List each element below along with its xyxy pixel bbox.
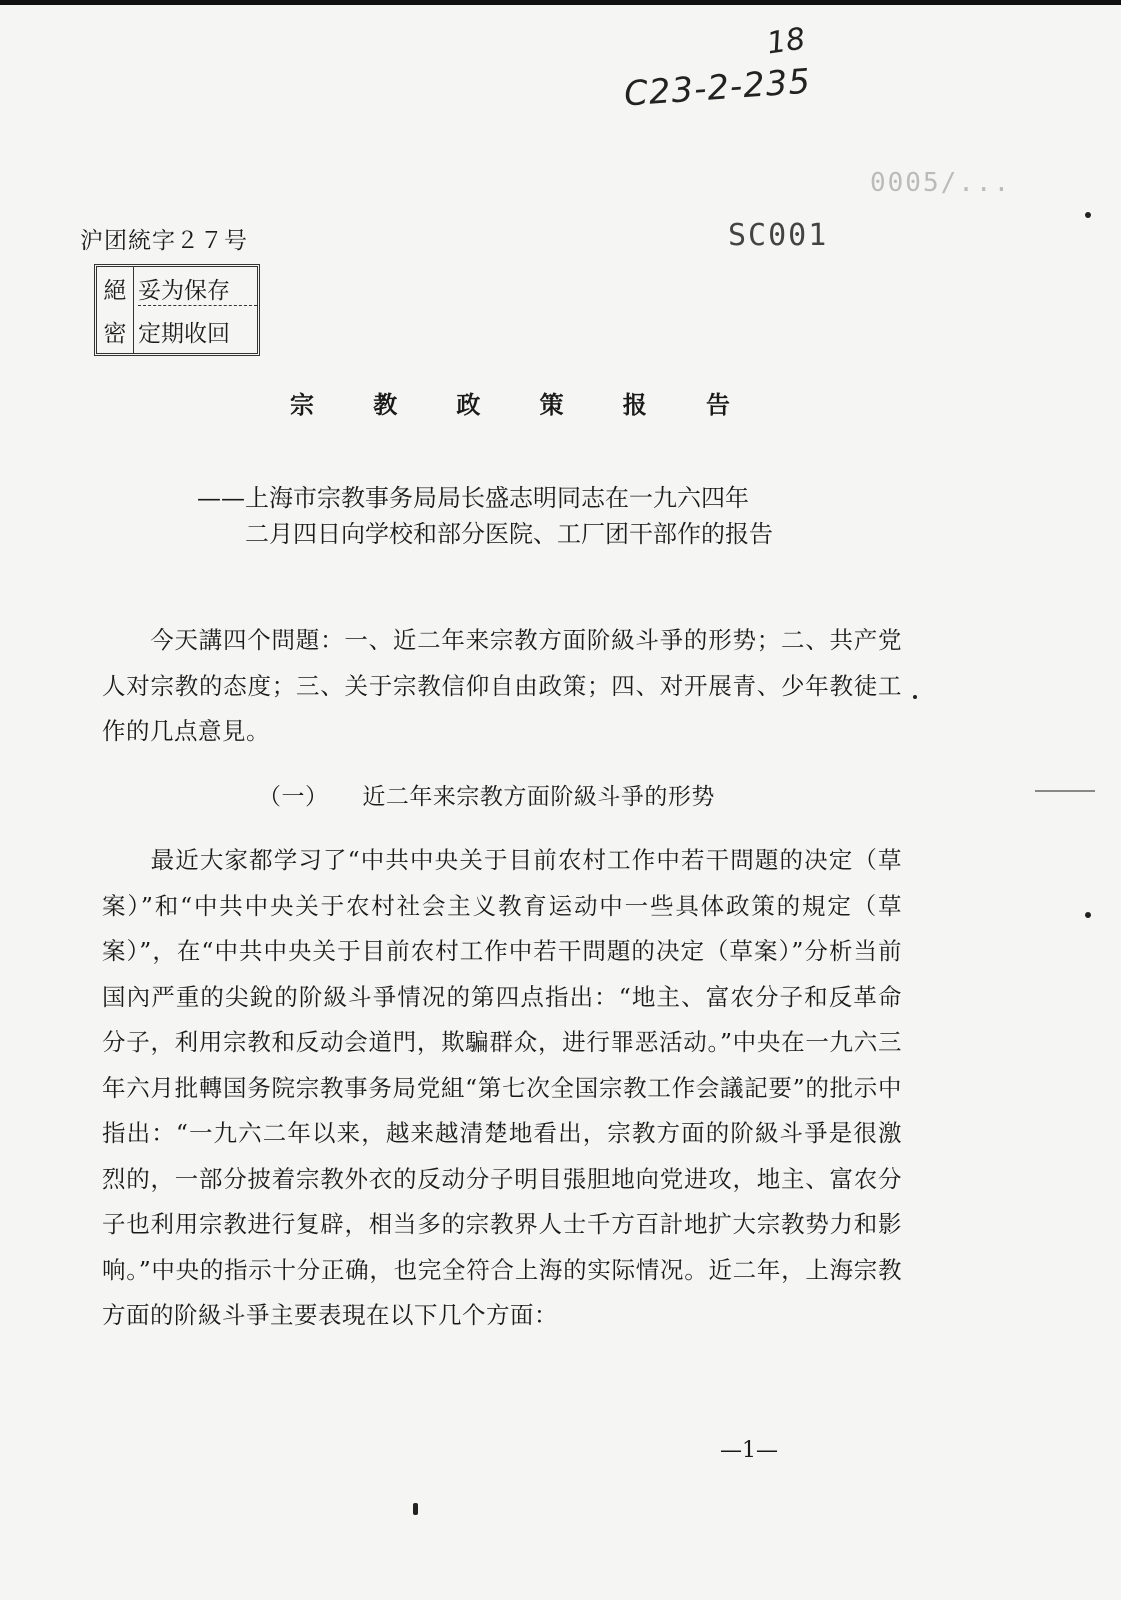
subtitle-line-2: 二月四日向学校和部分医院、工厂团干部作的报告 <box>197 516 773 552</box>
section-heading: （一） 近二年来宗教方面阶級斗爭的形势 <box>258 778 715 811</box>
title-char: 策 <box>540 385 564 420</box>
scan-speck <box>913 695 917 699</box>
stamp-classification: 絕 密 <box>97 267 134 353</box>
intro-text: 今天講四个問題：一、近二年来宗教方面阶級斗爭的形势；二、共产党人对宗教的态度；三… <box>102 626 902 745</box>
title-char: 宗 <box>290 385 314 420</box>
intro-paragraph: 今天講四个問題：一、近二年来宗教方面阶級斗爭的形势；二、共产党人对宗教的态度；三… <box>102 618 902 755</box>
scan-top-border <box>0 0 1121 5</box>
stamp-char: 密 <box>104 315 127 348</box>
faint-stamp-number: 0005/... <box>870 168 1011 198</box>
title-char: 报 <box>623 385 647 420</box>
stamp-char: 絕 <box>104 272 127 305</box>
subtitle-line-1: ——上海市宗教事务局局长盛志明同志在一九六四年 <box>197 480 773 516</box>
section-number: （一） <box>258 784 329 810</box>
scan-mark <box>1035 790 1095 792</box>
section-title: 近二年来宗教方面阶級斗爭的形势 <box>362 784 715 810</box>
document-subtitle: ——上海市宗教事务局局长盛志明同志在一九六四年 二月四日向学校和部分医院、工厂团… <box>197 480 773 552</box>
title-char: 教 <box>373 385 397 420</box>
confidential-stamp: 絕 密 妥为保存 定期收回 <box>94 264 260 356</box>
scan-speck <box>1085 212 1091 218</box>
title-char: 告 <box>706 385 730 420</box>
stamp-instructions: 妥为保存 定期收回 <box>134 267 257 353</box>
document-number: 沪团統字２７号 <box>80 222 248 255</box>
title-char: 政 <box>456 385 480 420</box>
section-text: 最近大家都学习了“中共中央关于目前农村工作中若干問題的决定（草案）”和“中共中央… <box>102 846 902 1329</box>
serial-number: SC001 <box>728 218 828 253</box>
document-title: 宗 教 政 策 报 告 <box>290 385 730 420</box>
handwritten-archive-code: C23-2-235 <box>623 62 812 115</box>
page-number: —1— <box>720 1438 778 1463</box>
stamp-line: 妥为保存 <box>138 272 257 306</box>
scan-speck <box>413 1503 418 1515</box>
scan-speck <box>1085 912 1091 918</box>
section-paragraph: 最近大家都学习了“中共中央关于目前农村工作中若干問題的决定（草案）”和“中共中央… <box>102 838 902 1339</box>
stamp-line: 定期收回 <box>138 315 257 348</box>
handwritten-page-number: 18 <box>765 22 808 62</box>
